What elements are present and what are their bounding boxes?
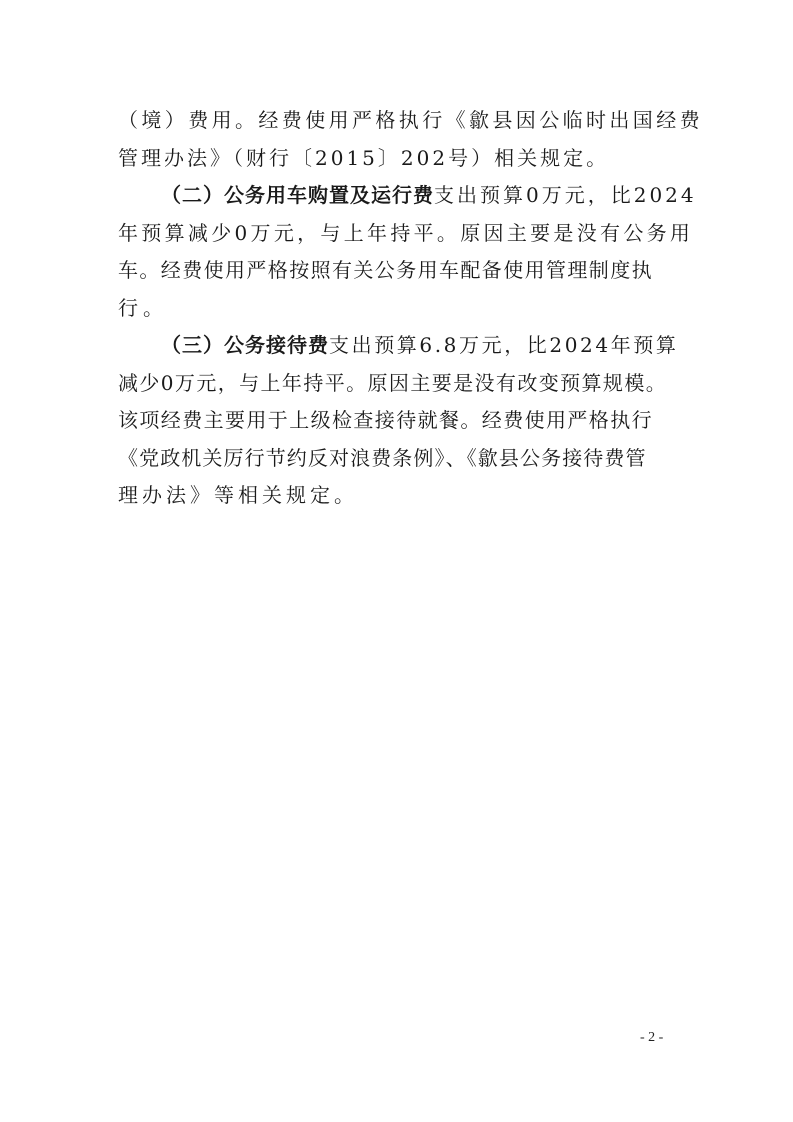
line-text: （境）费用。经费使用严格执行《歙县因公临时出国经费 — [118, 102, 703, 140]
line-text: 行。 — [118, 290, 168, 328]
text-line: （境）费用。经费使用严格执行《歙县因公临时出国经费 — [118, 102, 674, 140]
text-line: （二）公务用车购置及运行费 支出预算0万元，比2024 — [118, 177, 674, 215]
paragraph-continuation: （境）费用。经费使用严格执行《歙县因公临时出国经费 管理办法》（财行〔2015〕… — [118, 102, 674, 177]
line-text: 支出预算0万元，比2024 — [434, 177, 697, 215]
line-text: 减少0万元，与上年持平。原因主要是没有改变预算规模。 — [118, 365, 667, 403]
section-heading-vehicle: （二）公务用车购置及运行费 — [161, 177, 434, 215]
text-line: 该项经费主要用于上级检查接待就餐。经费使用严格执行 — [118, 402, 674, 440]
section-heading-reception: （三）公务接待费 — [161, 327, 329, 365]
text-line: 行。 — [118, 290, 674, 328]
line-text: 该项经费主要用于上级检查接待就餐。经费使用严格执行 — [118, 402, 653, 440]
line-text: 《党政机关厉行节约反对浪费条例》、《歙县公务接待费管 — [118, 440, 647, 478]
line-text: 支出预算6.8万元，比2024年预算 — [329, 327, 679, 365]
line-text: 年预算减少0万元，与上年持平。原因主要是没有公务用 — [118, 215, 693, 253]
line-text: 管理办法》（财行〔2015〕202号）相关规定。 — [118, 140, 609, 178]
document-page: （境）费用。经费使用严格执行《歙县因公临时出国经费 管理办法》（财行〔2015〕… — [0, 0, 793, 1122]
text-line: 减少0万元，与上年持平。原因主要是没有改变预算规模。 — [118, 365, 674, 403]
page-number: - 2 - — [640, 1030, 663, 1046]
text-line: 管理办法》（财行〔2015〕202号）相关规定。 — [118, 140, 674, 178]
text-line: 《党政机关厉行节约反对浪费条例》、《歙县公务接待费管 — [118, 440, 674, 478]
line-text: 理办法》等相关规定。 — [118, 477, 358, 515]
paragraph-vehicle: （二）公务用车购置及运行费 支出预算0万元，比2024 年预算减少0万元，与上年… — [118, 177, 674, 327]
text-line: 理办法》等相关规定。 — [118, 477, 674, 515]
body-text: （境）费用。经费使用严格执行《歙县因公临时出国经费 管理办法》（财行〔2015〕… — [118, 102, 674, 515]
line-text: 车。经费使用严格按照有关公务用车配备使用管理制度执 — [118, 252, 653, 290]
paragraph-reception: （三）公务接待费 支出预算6.8万元，比2024年预算 减少0万元，与上年持平。… — [118, 327, 674, 515]
text-line: 年预算减少0万元，与上年持平。原因主要是没有公务用 — [118, 215, 674, 253]
text-line: （三）公务接待费 支出预算6.8万元，比2024年预算 — [118, 327, 674, 365]
text-line: 车。经费使用严格按照有关公务用车配备使用管理制度执 — [118, 252, 674, 290]
